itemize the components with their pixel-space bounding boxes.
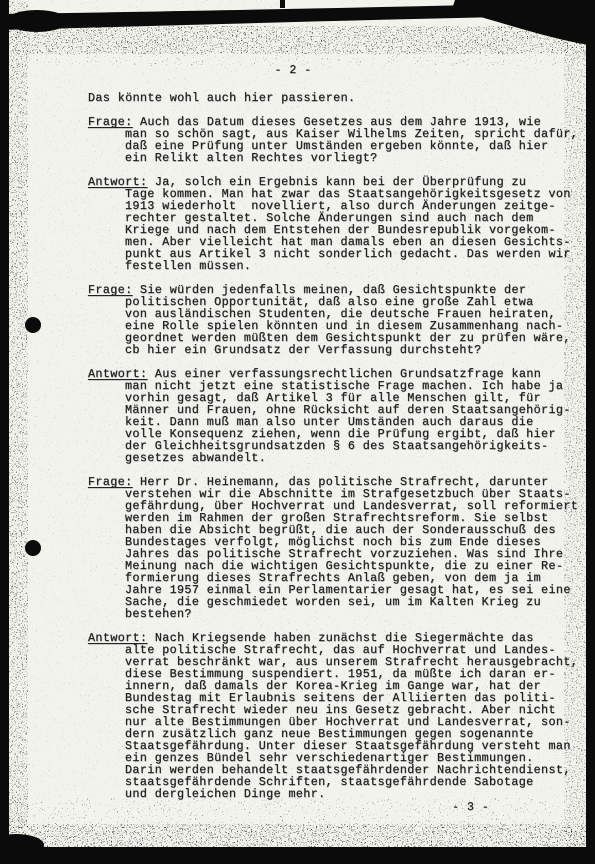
paragraph-line: Sache, die geschmiedet worden sei, um im… bbox=[125, 596, 588, 608]
top-speckle-band bbox=[6, 26, 589, 54]
page-number-header: - 2 - bbox=[88, 63, 498, 77]
paragraph-line: festellen müssen. bbox=[125, 260, 588, 272]
hole-punch-icon bbox=[25, 317, 41, 333]
bottom-border-bar bbox=[0, 847, 595, 864]
paragraph: Frage: Herr Dr. Heinemann, das politisch… bbox=[88, 476, 588, 620]
scanned-document-page: - 2 - Das könnte wohl auch hier passiere… bbox=[0, 0, 595, 864]
paragraph: Antwort: Nach Kriegsende haben zunächst … bbox=[88, 632, 588, 800]
top-right-blob bbox=[452, 0, 595, 46]
paragraph-line: gesetzes abwandelt. bbox=[125, 452, 588, 464]
paragraph: Antwort: Aus einer verfassungsrechtliche… bbox=[88, 368, 588, 464]
top-left-blob bbox=[6, 10, 68, 32]
paragraph-line: ein Relikt alten Rechtes vorliegt? bbox=[125, 152, 588, 164]
paragraph: Antwort: Ja, solch ein Ergebnis kann bei… bbox=[88, 176, 588, 272]
bottom-left-blob bbox=[0, 834, 44, 856]
document-text: Das könnte wohl auch hier passieren.Frag… bbox=[88, 92, 588, 800]
left-border-bar bbox=[0, 0, 9, 864]
top-border-bar bbox=[0, 2, 595, 30]
left-speckle-band bbox=[8, 0, 28, 864]
paragraph: Frage: Auch das Datum dieses Gesetzes au… bbox=[88, 116, 588, 164]
paragraph: Das könnte wohl auch hier passieren. bbox=[88, 92, 588, 104]
hole-punch-icon bbox=[25, 540, 41, 556]
paragraph-line: Das könnte wohl auch hier passieren. bbox=[125, 92, 588, 104]
paragraph-line: cb hier ein Grundsatz der Verfassung dur… bbox=[125, 344, 588, 356]
bottom-speckle-band bbox=[6, 824, 589, 850]
paragraph-line: bestehen? bbox=[125, 608, 588, 620]
paragraph-line: und dergleichen Dinge mehr. bbox=[125, 788, 588, 800]
page-number-footer: - 3 - bbox=[452, 800, 489, 814]
top-center-tick bbox=[280, 0, 285, 8]
paragraph: Frage: Sie würden jedenfalls meinen, daß… bbox=[88, 284, 588, 356]
bottom-speckle-fade bbox=[6, 798, 589, 828]
